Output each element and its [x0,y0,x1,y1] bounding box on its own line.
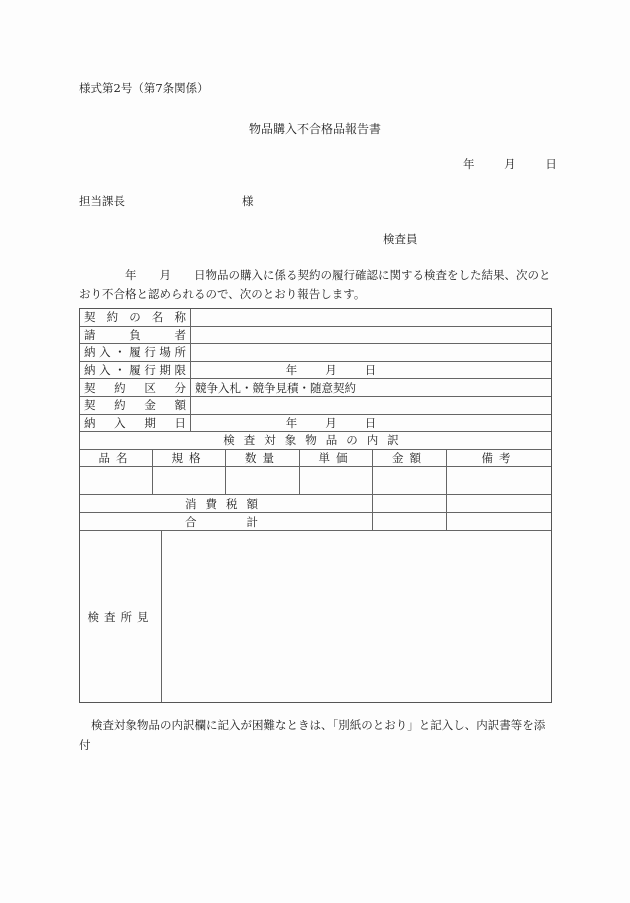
addressee-suffix: 様 [242,193,254,209]
inspector-label: 検査員 [383,231,418,247]
field-delivery-date[interactable]: 年月日 [191,415,551,432]
document-title: 物品購入不合格品報告書 [0,120,630,137]
field-contract-name[interactable] [191,309,551,326]
cell-unit-price[interactable] [300,467,373,494]
col-amount: 金額 [373,450,447,467]
cell-remarks[interactable] [447,467,551,494]
total-label: 合 計 [80,513,373,530]
findings-label: 検査所見 [80,531,162,702]
label-contract-type: 契約区分 [80,379,191,396]
row-delivery-place: 納入・履行場所 [80,344,551,362]
findings-row: 検査所見 [80,531,551,702]
breakdown-title: 検査対象物品の内訳 [80,432,551,449]
row-contractor: 請負者 [80,327,551,345]
label-contractor: 請負者 [80,327,191,344]
label-delivery-place: 納入・履行場所 [80,344,191,361]
cell-spec[interactable] [153,467,226,494]
row-delivery-deadline: 納入・履行期限 年月日 [80,362,551,380]
footnote: 検査対象物品の内訳欄に記入が困難なときは、「別紙のとおり」と記入し、内訳書等を添… [79,715,554,755]
row-breakdown-title: 検査対象物品の内訳 [80,432,551,450]
col-item-name: 品名 [80,450,153,467]
label-delivery-date: 納入期日 [80,415,191,432]
form-id: 様式第2号（第7条関係） [79,80,209,96]
cell-amount[interactable] [373,467,447,494]
col-unit-price: 単価 [300,450,373,467]
field-contract-type[interactable]: 競争入札・競争見積・随意契約 [191,379,551,396]
tax-label: 消費税額 [80,495,373,512]
tax-row: 消費税額 [80,495,551,513]
date-day: 日 [545,156,557,172]
date-month: 月 [504,156,516,172]
row-contract-amount: 契約金額 [80,397,551,415]
col-quantity: 数量 [226,450,300,467]
col-remarks: 備考 [447,450,551,467]
total-remarks-field[interactable] [447,513,551,530]
row-contract-name: 契約の名称 [80,309,551,327]
cell-quantity[interactable] [226,467,300,494]
label-contract-name: 契約の名称 [80,309,191,326]
row-delivery-date: 納入期日 年月日 [80,415,551,433]
addressee: 担当課長 [79,193,125,209]
row-contract-type: 契約区分 競争入札・競争見積・随意契約 [80,379,551,397]
report-table: 契約の名称 請負者 納入・履行場所 納入・履行期限 年月日 契約区分 競争入札・… [79,308,552,703]
findings-field[interactable] [162,531,551,702]
date-year: 年 [463,156,475,172]
body-text: 年 月 日物品の購入に係る契約の履行確認に関する検査をした結果、次のとおり不合格… [79,266,551,304]
tax-amount-field[interactable] [373,495,447,512]
field-delivery-deadline[interactable]: 年月日 [191,362,551,379]
field-delivery-place[interactable] [191,344,551,361]
tax-remarks-field[interactable] [447,495,551,512]
col-spec: 規格 [153,450,226,467]
breakdown-header: 品名 規格 数量 単価 金額 備考 [80,450,551,468]
total-row: 合 計 [80,513,551,531]
report-date: 年 月 日 [463,156,557,172]
field-contractor[interactable] [191,327,551,344]
label-delivery-deadline: 納入・履行期限 [80,362,191,379]
total-amount-field[interactable] [373,513,447,530]
cell-item-name[interactable] [80,467,153,494]
label-contract-amount: 契約金額 [80,397,191,414]
field-contract-amount[interactable] [191,397,551,414]
breakdown-row [80,467,551,495]
